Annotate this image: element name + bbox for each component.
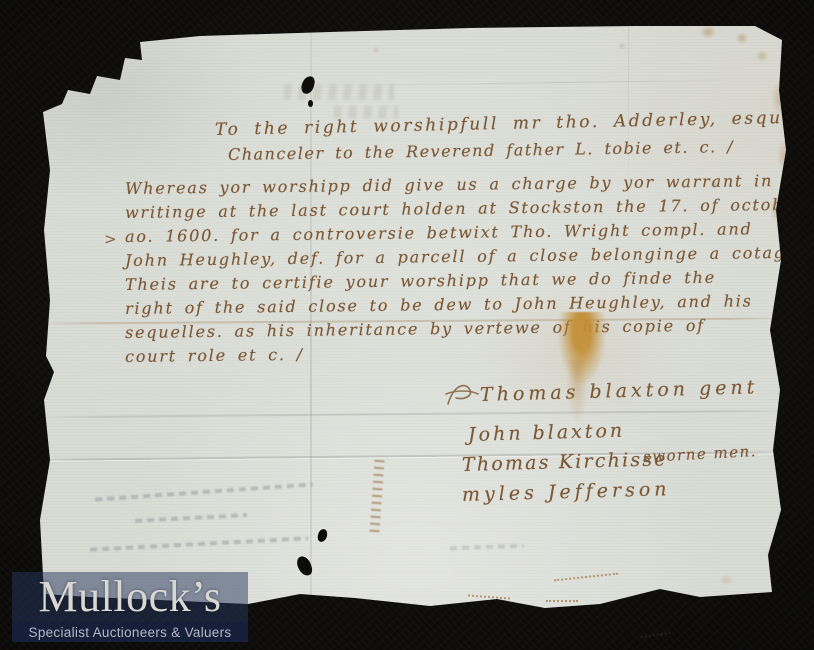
ink-squiggle (468, 595, 510, 600)
manuscript-paper: To the right worshipfull mr tho. Adderle… (36, 24, 790, 616)
body-line: Theis are to certifie your worshipp that… (125, 268, 716, 294)
watermark-name: Mullock’s (39, 575, 222, 619)
ink-squiggle (546, 600, 578, 602)
paper-hole (295, 554, 314, 577)
margin-mark: > (104, 230, 117, 248)
body-line: writinge at the last court holden at Sto… (125, 195, 805, 222)
ink-squiggle (554, 573, 618, 582)
watermark-name-panel: Mullock’s (12, 572, 248, 622)
signature-line: Thomas blaxton gent (480, 376, 759, 406)
body-line: John Heughley, def. for a parcell of a c… (125, 243, 804, 270)
signature-line: Thomas Kirchisse (462, 448, 668, 476)
pencil-inscription (95, 482, 313, 501)
fold-crease (336, 79, 786, 86)
faint-ink-mark (639, 622, 670, 638)
paper-hole (308, 100, 313, 107)
pencil-inscription (90, 536, 308, 551)
body-line: Whereas yor worshipp did give us a charg… (125, 171, 773, 198)
body-line: right of the said close to be dew to Joh… (125, 291, 753, 318)
body-line: court role et c. / (125, 345, 304, 366)
paper-hole (317, 528, 328, 542)
body-line: ao. 1600. for a controversie betwixt Tho… (125, 219, 753, 246)
watermark-tagline: Specialist Auctioneers & Valuers (29, 625, 232, 640)
ink-marks (370, 460, 385, 533)
watermark-tagline-bar: Specialist Auctioneers & Valuers (12, 622, 248, 642)
body-line: sequelles. as his inheritance by vertewe… (125, 316, 705, 342)
pencil-inscription (450, 544, 524, 551)
address-line: To the right worshipfull mr tho. Adderle… (215, 107, 814, 140)
ink-stain (566, 360, 588, 426)
signature-flourish (444, 380, 480, 410)
fold-crease (36, 410, 790, 419)
auction-watermark: Mullock’s Specialist Auctioneers & Value… (12, 572, 248, 642)
photo-background: To the right worshipfull mr tho. Adderle… (0, 0, 814, 650)
pencil-inscription (135, 513, 247, 523)
paper-hole (300, 75, 316, 95)
signature-line: John blaxton (468, 420, 626, 446)
sworn-men-note: sworne men. (643, 442, 758, 466)
address-line: Chanceler to the Reverend father L. tobi… (228, 137, 734, 164)
signature-line: myles Jefferson (462, 478, 671, 506)
